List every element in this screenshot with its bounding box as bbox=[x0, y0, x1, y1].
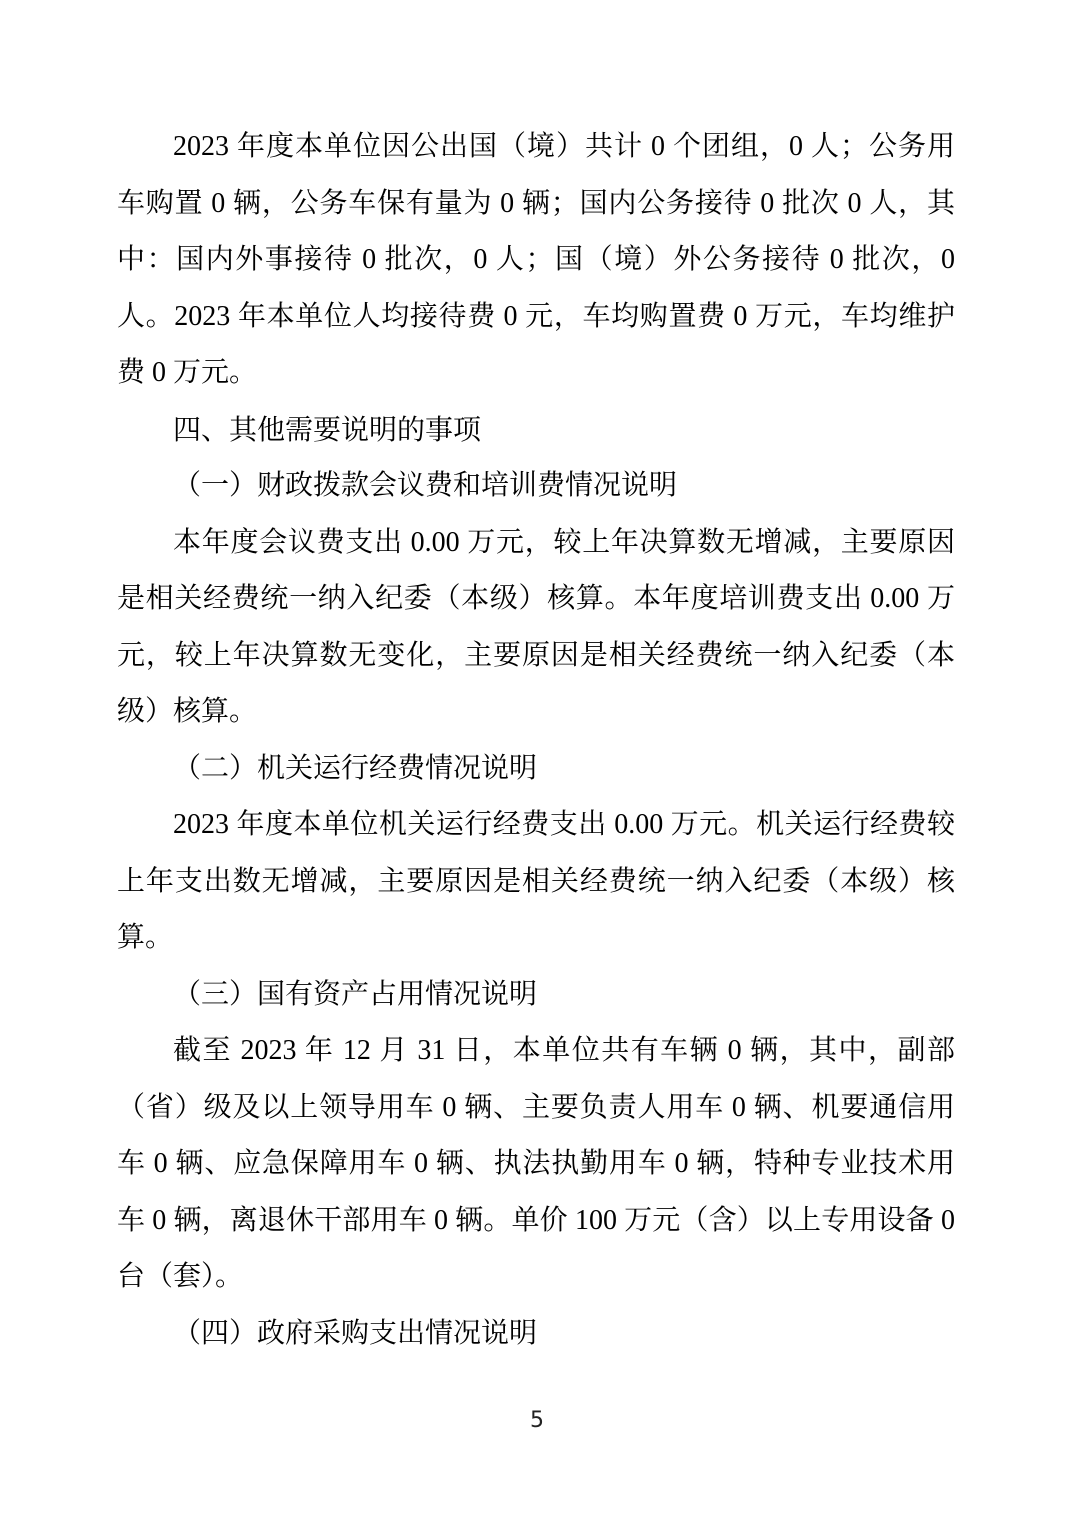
heading-other-matters: 四、其他需要说明的事项 bbox=[117, 402, 955, 459]
heading-state-assets-occupancy: （三）国有资产占用情况说明 bbox=[117, 967, 955, 1024]
paragraph-meeting-and-training-fees: 本年度会议费支出 0.00 万元，较上年决算数无增减，主要原因是相关经费统一纳入… bbox=[117, 515, 955, 741]
heading-agency-operating-expenses: （二）机关运行经费情况说明 bbox=[117, 741, 955, 798]
heading-government-procurement: （四）政府采购支出情况说明 bbox=[117, 1306, 955, 1363]
paragraph-foreign-affairs-vehicle-reception-stats: 2023 年度本单位因公出国（境）共计 0 个团组，0 人；公务用车购置 0 辆… bbox=[117, 119, 955, 402]
paragraph-state-assets-occupancy: 截至 2023 年 12 月 31 日，本单位共有车辆 0 辆，其中，副部（省）… bbox=[117, 1023, 955, 1306]
document-page: 2023 年度本单位因公出国（境）共计 0 个团组，0 人；公务用车购置 0 辆… bbox=[0, 0, 1074, 1520]
paragraph-agency-operating-expenses: 2023 年度本单位机关运行经费支出 0.00 万元。机关运行经费较上年支出数无… bbox=[117, 797, 955, 967]
page-number: 5 bbox=[530, 1408, 544, 1433]
page-footer: 5 bbox=[0, 1408, 1074, 1433]
document-body: 2023 年度本单位因公出国（境）共计 0 个团组，0 人；公务用车购置 0 辆… bbox=[117, 119, 955, 1362]
heading-meeting-and-training-fees: （一）财政拨款会议费和培训费情况说明 bbox=[117, 458, 955, 515]
